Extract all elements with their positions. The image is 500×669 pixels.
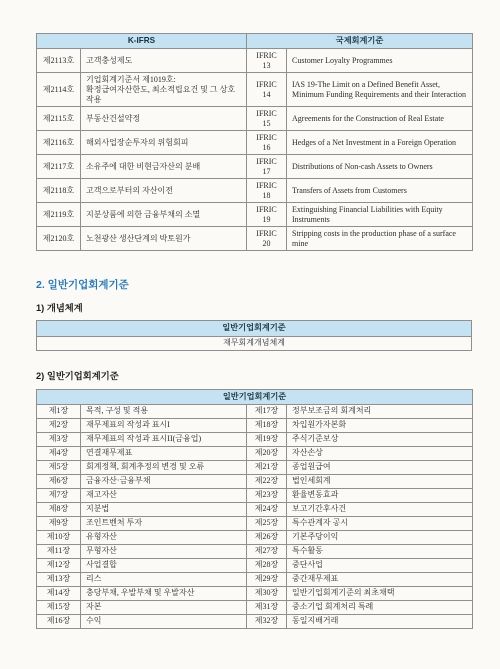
ifric-title: Distributions of Non-cash Assets to Owne… — [287, 155, 473, 179]
k-standard-title: 고객충성제도 — [81, 49, 247, 73]
table-row: 제11장 무형자산 제27장 특수활동 — [37, 544, 473, 558]
table-row: 제6장 금융자산·금융부채 제22장 법인세회계 — [37, 474, 473, 488]
ifric-number: IFRIC 15 — [247, 107, 287, 131]
table-row: 제7장 재고자산 제23장 환율변동효과 — [37, 488, 473, 502]
chapter-title: 재무제표의 작성과 표시II(금융업) — [81, 432, 247, 446]
chapter-number: 제29장 — [247, 572, 287, 586]
table-row: 제16장 수익 제32장 동일지배거래 — [37, 614, 473, 628]
subsection-heading-concept: 1) 개념체계 — [36, 300, 472, 314]
chapter-title: 금융자산·금융부채 — [81, 474, 247, 488]
table-row: 제2120호 노천광산 생산단계의 박토원가 IFRIC 20 Strippin… — [37, 227, 473, 251]
chapter-title: 법인세회계 — [287, 474, 473, 488]
chapter-number: 제23장 — [247, 488, 287, 502]
chapter-number: 제11장 — [37, 544, 81, 558]
table-row: 제14장 충당부채, 우발부채 및 우발자산 제30장 일반기업회계기준의 최초… — [37, 586, 473, 600]
table-row: 제4장 연결재무제표 제20장 자산손상 — [37, 446, 473, 460]
chapter-number: 제21장 — [247, 460, 287, 474]
chapter-number: 제32장 — [247, 614, 287, 628]
chapter-title: 사업결합 — [81, 558, 247, 572]
chapter-title: 수익 — [81, 614, 247, 628]
chapter-title: 중소기업 회계처리 특례 — [287, 600, 473, 614]
chapter-number: 제8장 — [37, 502, 81, 516]
table-row: 제2118호 고객으로부터의 자산이전 IFRIC 18 Transfers o… — [37, 179, 473, 203]
intl-standards-column-header: 국제회계기준 — [247, 34, 473, 49]
ifric-title: Agreements for the Construction of Real … — [287, 107, 473, 131]
chapter-title: 환율변동효과 — [287, 488, 473, 502]
k-standard-number: 제2115호 — [37, 107, 81, 131]
gaap-chapters-table: 일반기업회계기준 제1장 목적, 구성 및 적용 제17장 정부보조금의 회계처… — [36, 389, 473, 629]
chapter-number: 제2장 — [37, 418, 81, 432]
chapter-number: 제26장 — [247, 530, 287, 544]
chapter-title: 주식기준보상 — [287, 432, 473, 446]
chapter-title: 자산손상 — [287, 446, 473, 460]
table-header-row: 일반기업회계기준 — [37, 321, 472, 336]
chapter-title: 특수활동 — [287, 544, 473, 558]
chapter-number: 제22장 — [247, 474, 287, 488]
k-standard-number: 제2114호 — [37, 73, 81, 107]
chapter-number: 제30장 — [247, 586, 287, 600]
k-standard-number: 제2116호 — [37, 131, 81, 155]
ifric-number: IFRIC 20 — [247, 227, 287, 251]
table-row: 제10장 유형자산 제26장 기본주당이익 — [37, 530, 473, 544]
table-row: 제8장 지분법 제24장 보고기간후사건 — [37, 502, 473, 516]
chapter-title: 정부보조금의 회계처리 — [287, 404, 473, 418]
kifrs-column-header: K-IFRS — [37, 34, 247, 49]
chapter-number: 제6장 — [37, 474, 81, 488]
table-header-row: 일반기업회계기준 — [37, 389, 473, 404]
table-row: 제2114호 기업회계기준서 제1019호: 확정급여자산한도, 최소적립요건 … — [37, 73, 473, 107]
ifric-number: IFRIC 19 — [247, 203, 287, 227]
k-standard-title: 고객으로부터의 자산이전 — [81, 179, 247, 203]
table-row: 제3장 재무제표의 작성과 표시II(금융업) 제19장 주식기준보상 — [37, 432, 473, 446]
chapter-title: 충당부채, 우발부채 및 우발자산 — [81, 586, 247, 600]
table-row: 제15장 자본 제31장 중소기업 회계처리 특례 — [37, 600, 473, 614]
table-row: 제2117호 소유주에 대한 비현금자산의 분배 IFRIC 17 Distri… — [37, 155, 473, 179]
k-standard-number: 제2120호 — [37, 227, 81, 251]
chapter-number: 제10장 — [37, 530, 81, 544]
chapter-number: 제19장 — [247, 432, 287, 446]
gaap-column-header: 일반기업회계기준 — [37, 321, 472, 336]
table-row: 제5장 회계정책, 회계추정의 변경 및 오류 제21장 종업원급여 — [37, 460, 473, 474]
chapter-title: 종업원급여 — [287, 460, 473, 474]
k-standard-title: 부동산건설약정 — [81, 107, 247, 131]
chapter-number: 제12장 — [37, 558, 81, 572]
chapter-title: 차입원가자본화 — [287, 418, 473, 432]
chapter-number: 제16장 — [37, 614, 81, 628]
ifric-number: IFRIC 16 — [247, 131, 287, 155]
table-row: 재무회계개념체계 — [37, 336, 472, 350]
k-standard-number: 제2117호 — [37, 155, 81, 179]
ifric-title: Stripping costs in the production phase … — [287, 227, 473, 251]
table-row: 제1장 목적, 구성 및 적용 제17장 정부보조금의 회계처리 — [37, 404, 473, 418]
chapter-number: 제24장 — [247, 502, 287, 516]
chapter-title: 중간재무제표 — [287, 572, 473, 586]
chapter-number: 제18장 — [247, 418, 287, 432]
chapter-number: 제9장 — [37, 516, 81, 530]
chapter-number: 제3장 — [37, 432, 81, 446]
concept-framework-table: 일반기업회계기준 재무회계개념체계 — [36, 320, 472, 350]
k-standard-number: 제2119호 — [37, 203, 81, 227]
gaap-column-header: 일반기업회계기준 — [37, 389, 473, 404]
ifric-number: IFRIC 14 — [247, 73, 287, 107]
chapter-title: 무형자산 — [81, 544, 247, 558]
chapter-title: 회계정책, 회계추정의 변경 및 오류 — [81, 460, 247, 474]
chapter-number: 제15장 — [37, 600, 81, 614]
k-standard-number: 제2118호 — [37, 179, 81, 203]
chapter-title: 동일지배거래 — [287, 614, 473, 628]
ifric-title: Hedges of a Net Investment in a Foreign … — [287, 131, 473, 155]
section-heading: 2. 일반기업회계기준 — [36, 277, 472, 292]
table-header-row: K-IFRS 국제회계기준 — [37, 34, 473, 49]
chapter-title: 기본주당이익 — [287, 530, 473, 544]
ifric-title: Transfers of Assets from Customers — [287, 179, 473, 203]
k-standard-title: 노천광산 생산단계의 박토원가 — [81, 227, 247, 251]
table-row: 제2119호 지분상품에 의한 금융부채의 소멸 IFRIC 19 Exting… — [37, 203, 473, 227]
chapter-number: 제17장 — [247, 404, 287, 418]
chapter-number: 제28장 — [247, 558, 287, 572]
ifric-number: IFRIC 18 — [247, 179, 287, 203]
table-row: 제2장 재무제표의 작성과 표시I 제18장 차입원가자본화 — [37, 418, 473, 432]
chapter-title: 연결재무제표 — [81, 446, 247, 460]
chapter-number: 제5장 — [37, 460, 81, 474]
table-row: 제12장 사업결합 제28장 중단사업 — [37, 558, 473, 572]
table-row: 제9장 조인트벤처 투자 제25장 특수관계자 공시 — [37, 516, 473, 530]
ifric-number: IFRIC 13 — [247, 49, 287, 73]
chapter-title: 유형자산 — [81, 530, 247, 544]
concept-framework-cell: 재무회계개념체계 — [37, 336, 472, 350]
chapter-title: 목적, 구성 및 적용 — [81, 404, 247, 418]
table-row: 제13장 리스 제29장 중간재무제표 — [37, 572, 473, 586]
document-page: K-IFRS 국제회계기준 제2113호 고객충성제도 IFRIC 13 Cus… — [0, 0, 500, 629]
chapter-title: 리스 — [81, 572, 247, 586]
ifric-title: Extinguishing Financial Liabilities with… — [287, 203, 473, 227]
k-standard-number: 제2113호 — [37, 49, 81, 73]
chapter-title: 일반기업회계기준의 최초채택 — [287, 586, 473, 600]
ifric-number: IFRIC 17 — [247, 155, 287, 179]
table-row: 제2116호 해외사업장순투자의 위험회피 IFRIC 16 Hedges of… — [37, 131, 473, 155]
chapter-number: 제20장 — [247, 446, 287, 460]
chapter-title: 조인트벤처 투자 — [81, 516, 247, 530]
chapter-title: 자본 — [81, 600, 247, 614]
ifric-title: IAS 19-The Limit on a Defined Benefit As… — [287, 73, 473, 107]
k-standard-title: 해외사업장순투자의 위험회피 — [81, 131, 247, 155]
chapter-title: 지분법 — [81, 502, 247, 516]
chapter-title: 중단사업 — [287, 558, 473, 572]
chapter-number: 제31장 — [247, 600, 287, 614]
chapter-number: 제14장 — [37, 586, 81, 600]
chapter-title: 재고자산 — [81, 488, 247, 502]
table-row: 제2115호 부동산건설약정 IFRIC 15 Agreements for t… — [37, 107, 473, 131]
kifrs-ifric-table: K-IFRS 국제회계기준 제2113호 고객충성제도 IFRIC 13 Cus… — [36, 33, 473, 251]
k-standard-title: 지분상품에 의한 금융부채의 소멸 — [81, 203, 247, 227]
chapter-title: 재무제표의 작성과 표시I — [81, 418, 247, 432]
chapter-number: 제7장 — [37, 488, 81, 502]
chapter-number: 제1장 — [37, 404, 81, 418]
chapter-title: 보고기간후사건 — [287, 502, 473, 516]
subsection-heading-gaap: 2) 일반기업회계기준 — [36, 368, 472, 382]
chapter-title: 특수관계자 공시 — [287, 516, 473, 530]
chapter-number: 제13장 — [37, 572, 81, 586]
chapter-number: 제27장 — [247, 544, 287, 558]
chapter-number: 제4장 — [37, 446, 81, 460]
table-row: 제2113호 고객충성제도 IFRIC 13 Customer Loyalty … — [37, 49, 473, 73]
k-standard-title: 소유주에 대한 비현금자산의 분배 — [81, 155, 247, 179]
chapter-number: 제25장 — [247, 516, 287, 530]
ifric-title: Customer Loyalty Programmes — [287, 49, 473, 73]
k-standard-title: 기업회계기준서 제1019호: 확정급여자산한도, 최소적립요건 및 그 상호작… — [81, 73, 247, 107]
